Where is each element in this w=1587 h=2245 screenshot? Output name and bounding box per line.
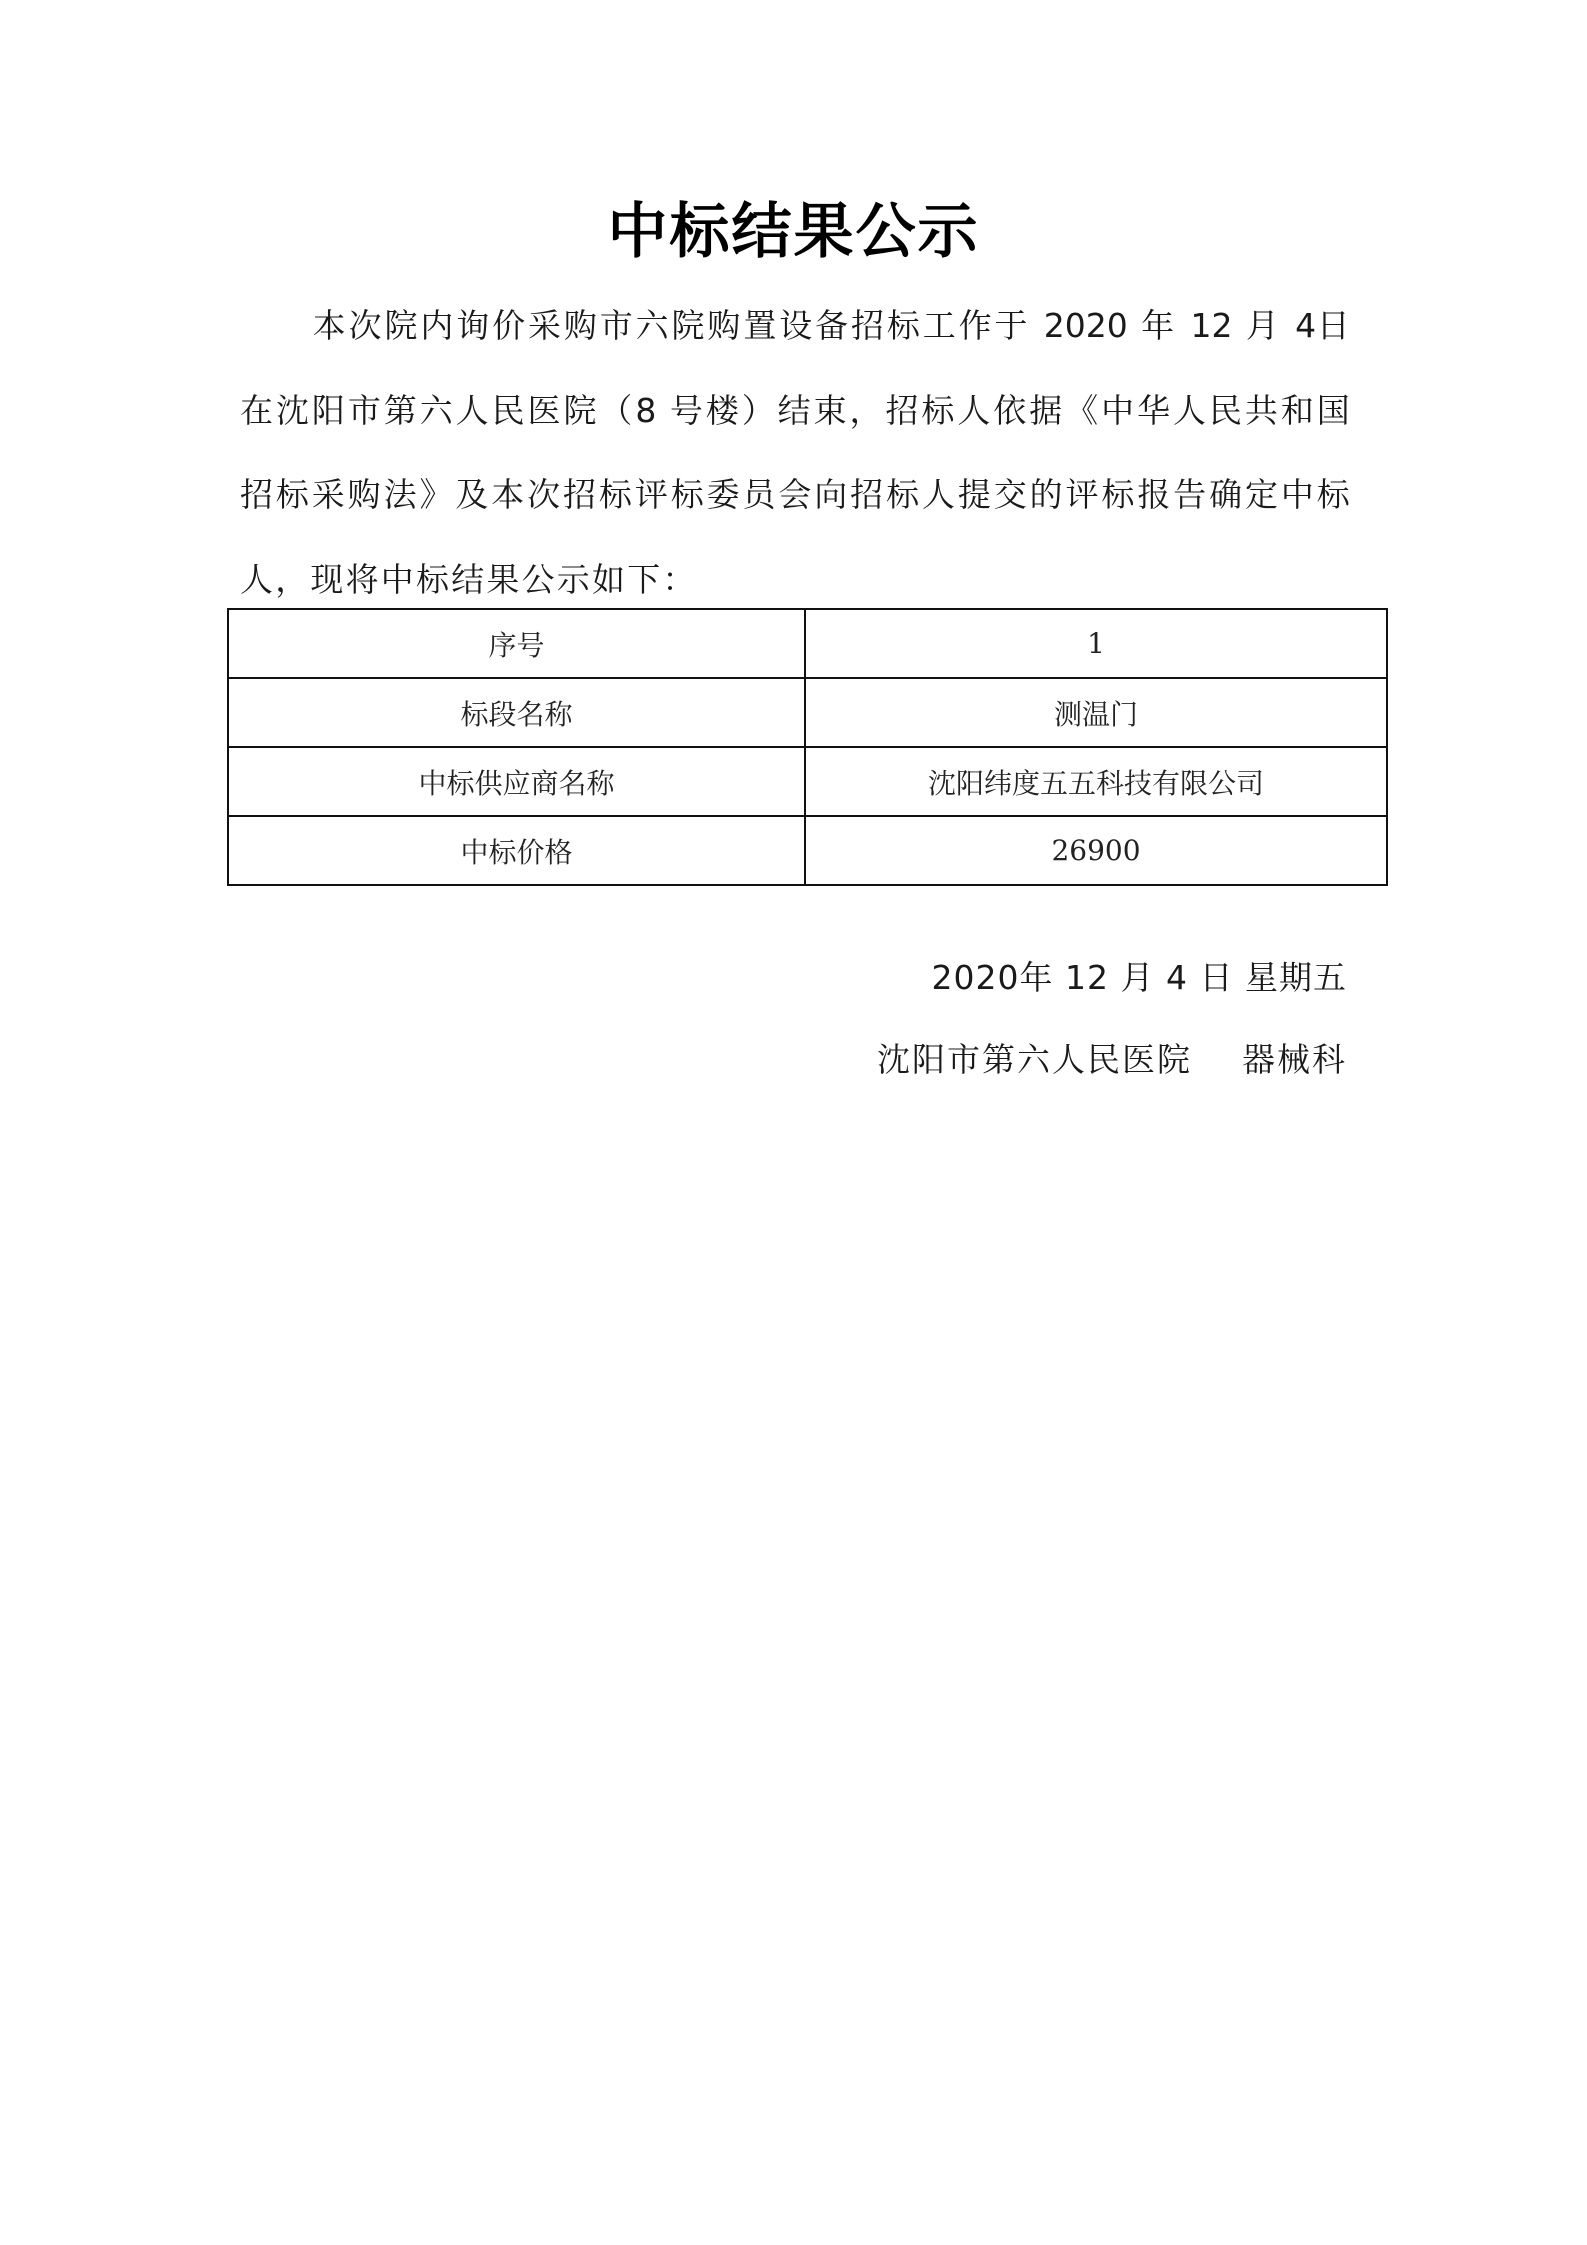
announcement-date: 2020年 12 月 4 日 星期五 [932, 956, 1347, 1000]
date-month: 12 [1065, 958, 1109, 997]
announcement-paragraph: 本次院内询价采购市六院购置设备招标工作于 2020 年 12 月 4日在沈阳市第… [240, 284, 1352, 622]
date-month-unit: 月 [1121, 958, 1155, 997]
signature-line: 沈阳市第六人民医院 器械科 [877, 1038, 1347, 1082]
table-row: 中标价格 26900 [228, 816, 1387, 885]
row-value-supplier: 沈阳纬度五五科技有限公司 [805, 747, 1387, 816]
signature-organization: 沈阳市第六人民医院 [877, 1040, 1192, 1079]
row-label-serial: 序号 [228, 609, 805, 678]
table-row: 序号 1 [228, 609, 1387, 678]
table-row: 标段名称 测温门 [228, 678, 1387, 747]
paragraph-month-unit: 月 [1246, 306, 1282, 345]
row-value-lot-name: 测温门 [805, 678, 1387, 747]
date-weekday: 星期五 [1245, 958, 1347, 997]
row-label-lot-name: 标段名称 [228, 678, 805, 747]
signature-department: 器械科 [1242, 1040, 1347, 1079]
result-table: 序号 1 标段名称 测温门 中标供应商名称 沈阳纬度五五科技有限公司 中标价格 … [227, 608, 1388, 886]
date-day: 4 [1166, 958, 1188, 997]
paragraph-year: 2020 [1044, 306, 1128, 345]
paragraph-part1: 本次院内询价采购市六院购置设备招标工作于 [312, 306, 1030, 345]
row-label-price: 中标价格 [228, 816, 805, 885]
paragraph-month: 12 [1190, 306, 1232, 345]
paragraph-day: 4 [1295, 306, 1316, 345]
row-value-price: 26900 [805, 816, 1387, 885]
paragraph-year-unit: 年 [1141, 306, 1177, 345]
date-day-unit: 日 [1200, 958, 1234, 997]
table-row: 中标供应商名称 沈阳纬度五五科技有限公司 [228, 747, 1387, 816]
page-title: 中标结果公示 [0, 196, 1587, 268]
row-label-supplier: 中标供应商名称 [228, 747, 805, 816]
row-value-serial: 1 [805, 609, 1387, 678]
paragraph-building-no: 8 [635, 391, 656, 430]
date-year-unit: 年 [1020, 958, 1054, 997]
date-year: 2020 [932, 958, 1020, 997]
document-page: 中标结果公示 本次院内询价采购市六院购置设备招标工作于 2020 年 12 月 … [0, 0, 1587, 2245]
